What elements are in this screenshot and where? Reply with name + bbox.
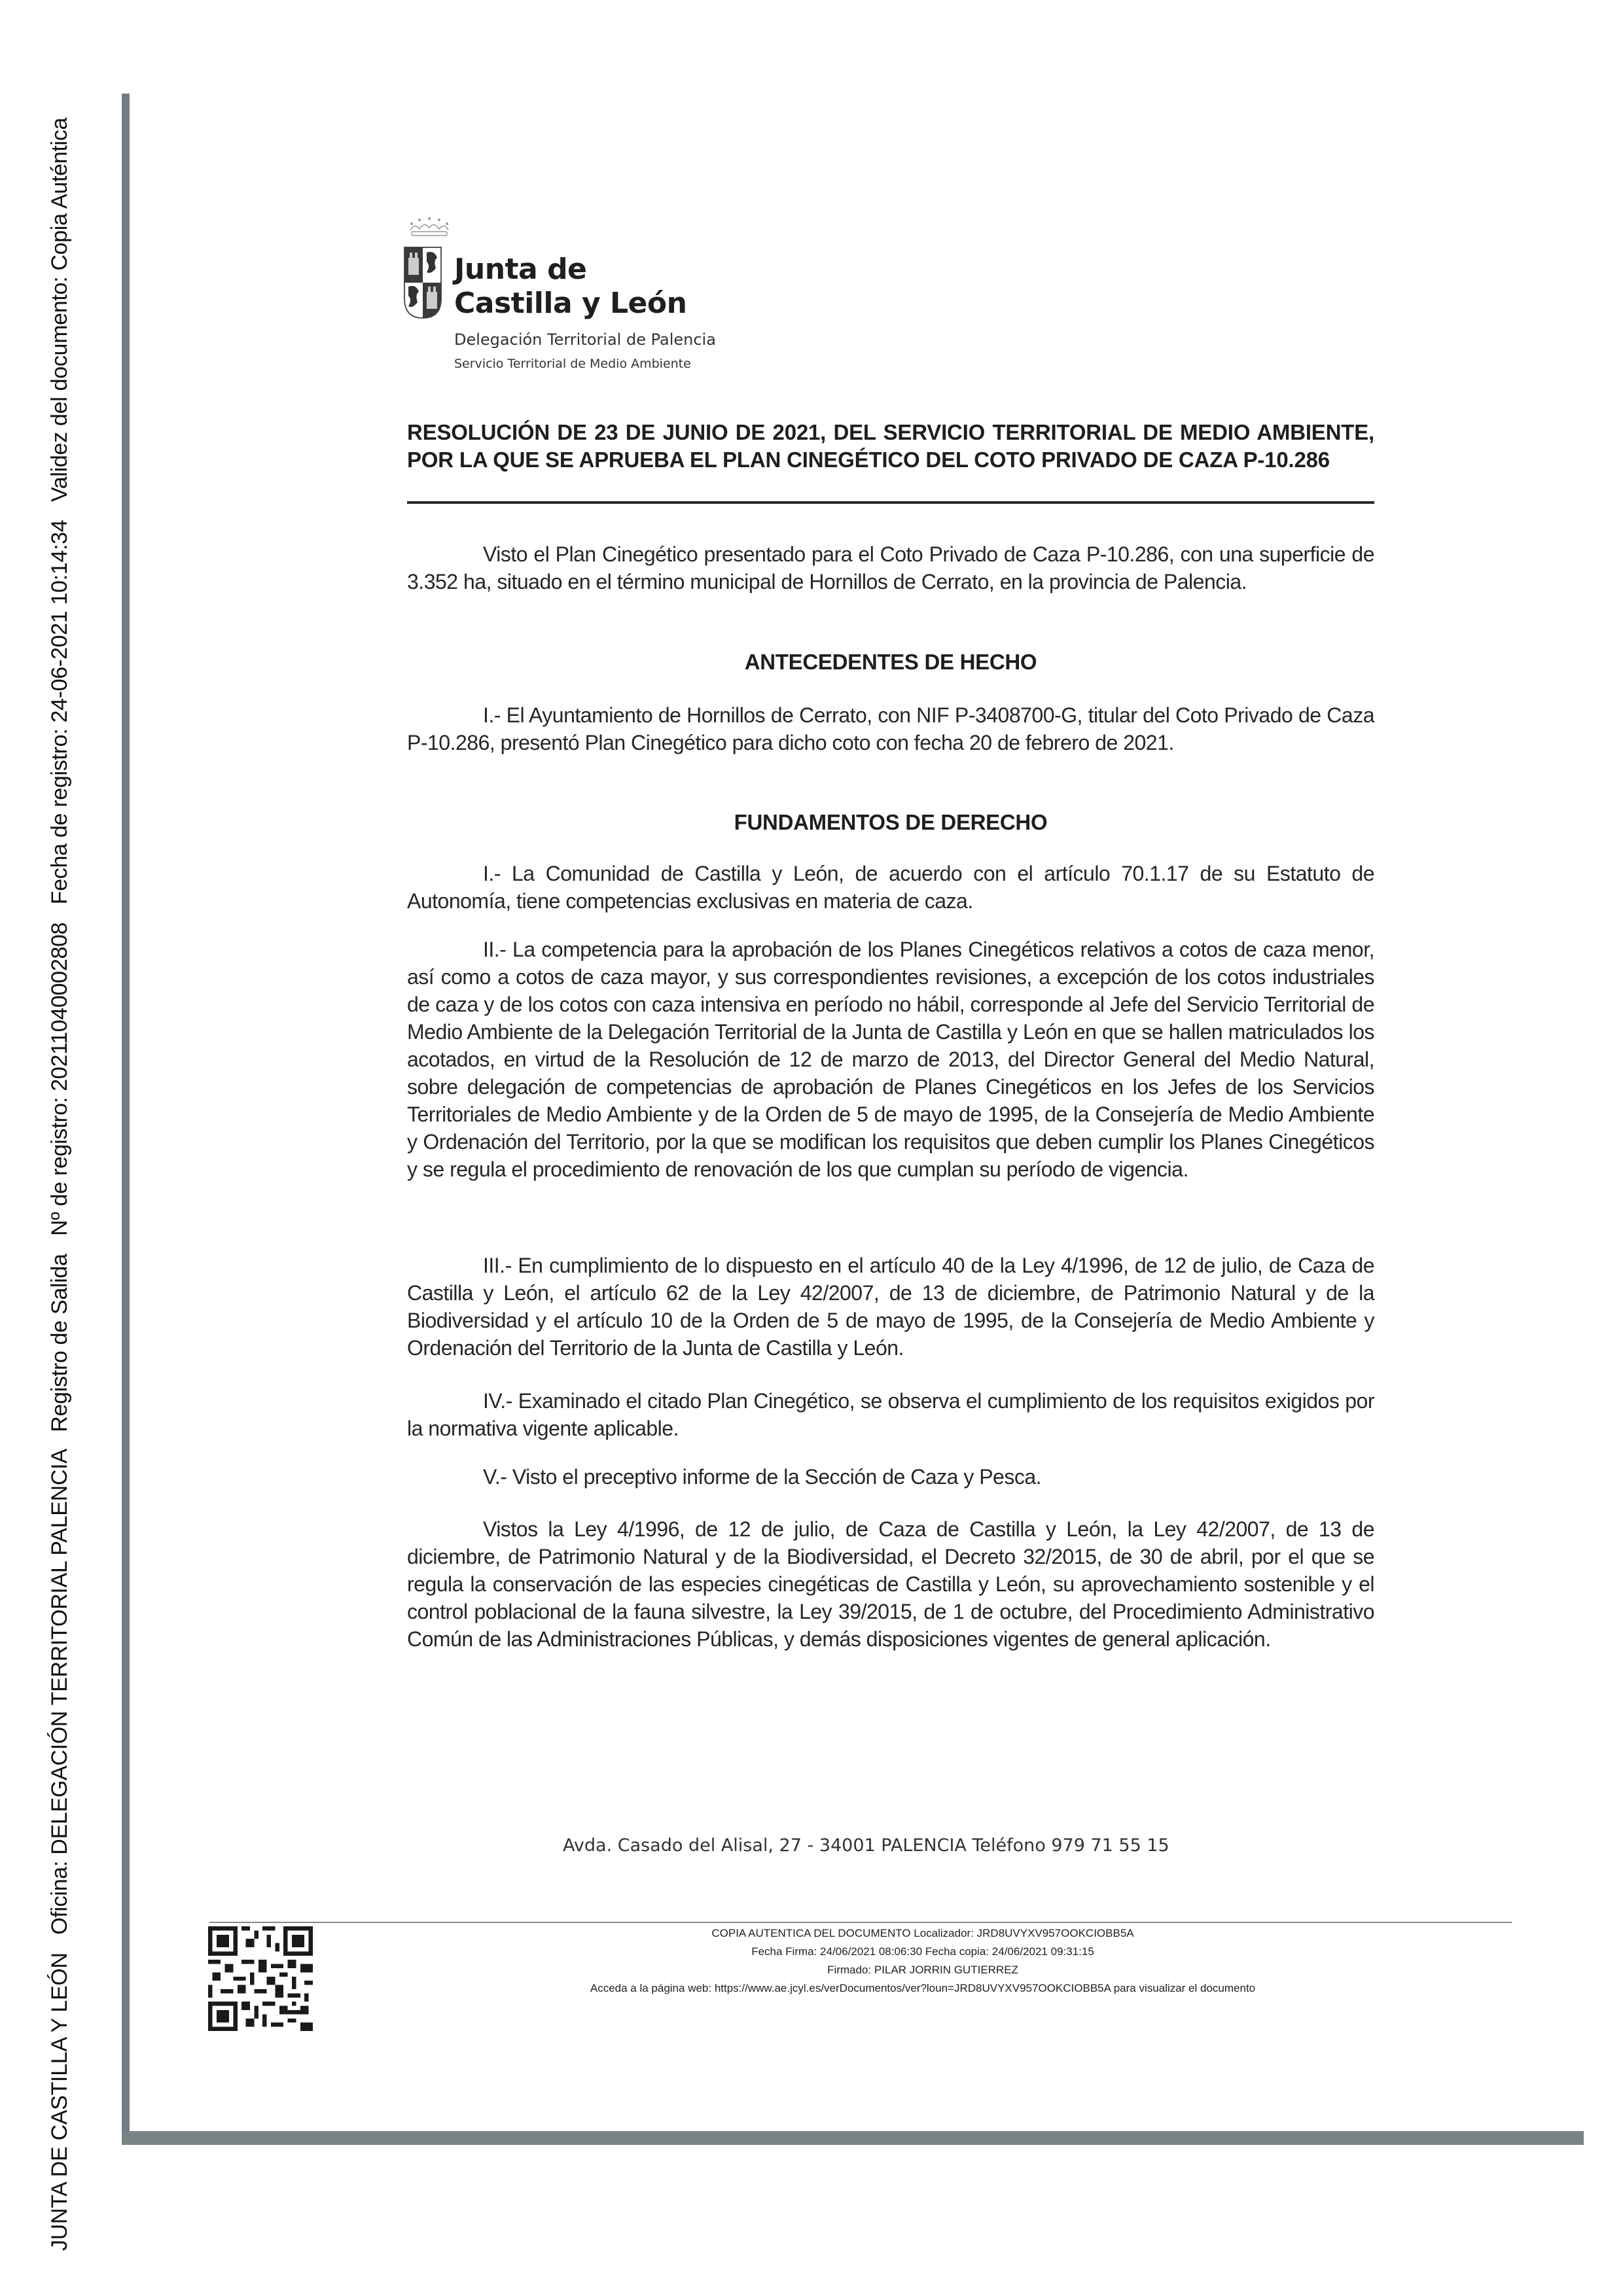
antecedentes-heading: ANTECEDENTES DE HECHO (407, 650, 1374, 675)
fundamento-item: V.- Visto el preceptivo informe de la Se… (407, 1463, 1374, 1491)
coat-of-arms-icon (403, 246, 442, 319)
fundamento-2: II.- La competencia para la aprobación d… (407, 936, 1374, 1183)
fundamento-1: I.- La Comunidad de Castilla y León, de … (407, 860, 1374, 915)
fundamento-item: IV.- Examinado el citado Plan Cinegético… (407, 1387, 1374, 1442)
scan-border-left (122, 94, 130, 2145)
org-name: Junta de Castilla y León (454, 253, 687, 321)
fundamento-5: V.- Visto el preceptivo informe de la Se… (407, 1463, 1374, 1491)
closing-text: Vistos la Ley 4/1996, de 12 de julio, de… (407, 1515, 1374, 1653)
closing-paragraph: Vistos la Ley 4/1996, de 12 de julio, de… (407, 1515, 1374, 1653)
antecedente-1: I.- El Ayuntamiento de Hornillos de Cerr… (407, 701, 1374, 756)
org-name-line2: Castilla y León (454, 287, 687, 321)
title-underline (407, 501, 1374, 504)
crown-icon (408, 216, 451, 239)
office-address: Avda. Casado del Alisal, 27 - 34001 PALE… (563, 1835, 1169, 1856)
scan-border-bottom (122, 2131, 1584, 2145)
document-title: RESOLUCIÓN DE 23 DE JUNIO DE 2021, DEL S… (407, 419, 1374, 474)
intro-paragraph: Visto el Plan Cinegético presentado para… (407, 540, 1374, 595)
fundamentos-heading: FUNDAMENTOS DE DERECHO (407, 810, 1374, 835)
verification-url[interactable]: Acceda a la página web: https://www.ae.j… (484, 1982, 1361, 1995)
antecedentes-item: I.- El Ayuntamiento de Hornillos de Cerr… (407, 701, 1374, 756)
fundamento-item: I.- La Comunidad de Castilla y León, de … (407, 860, 1374, 915)
fundamento-3: III.- En cumplimiento de lo dispuesto en… (407, 1252, 1374, 1362)
fundamento-item: II.- La competencia para la aprobación d… (407, 936, 1374, 1183)
delegation-name: Delegación Territorial de Palencia (454, 330, 716, 349)
registration-side-stamp: JUNTA DE CASTILLA Y LEÓN Oficina: DELEGA… (47, 65, 73, 2251)
service-name: Servicio Territorial de Medio Ambiente (454, 357, 691, 371)
qr-code-icon[interactable] (208, 1926, 313, 2031)
fundamento-4: IV.- Examinado el citado Plan Cinegético… (407, 1387, 1374, 1442)
fundamento-item: III.- En cumplimiento de lo dispuesto en… (407, 1252, 1374, 1362)
footer-divider (209, 1922, 1512, 1923)
verification-line-2: Fecha Firma: 24/06/2021 08:06:30 Fecha c… (484, 1945, 1361, 1958)
verification-line-1: COPIA AUTENTICA DEL DOCUMENTO Localizado… (484, 1927, 1361, 1940)
verification-signer: Firmado: PILAR JORRIN GUTIERREZ (484, 1964, 1361, 1977)
intro-text: Visto el Plan Cinegético presentado para… (407, 540, 1374, 595)
org-name-line1: Junta de (454, 253, 687, 287)
